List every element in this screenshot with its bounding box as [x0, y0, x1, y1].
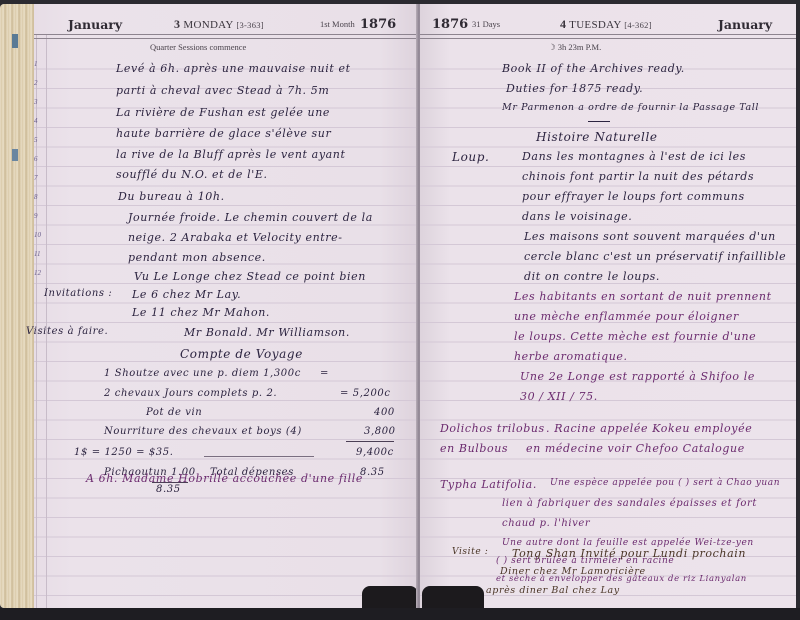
account-amount: 3,800 [364, 426, 396, 437]
day-number: 4 [560, 17, 566, 31]
dolichos-line: . Racine appelée Kokeu employée [546, 422, 752, 435]
day-of-year: [4-362] [624, 20, 652, 30]
entry-line: parti à cheval avec Stead à 7h. 5m [116, 84, 329, 97]
loup-line: pour effrayer le loups fort communs [522, 190, 745, 203]
entry-line: pendant mon absence. [128, 251, 266, 264]
entry-line: Mr Parmenon a ordre de fournir la Passag… [502, 102, 759, 113]
loup-line: 30 / XII / 75. [520, 390, 598, 403]
typha-line: chaud p. l'hiver [502, 518, 590, 529]
entry-line: Vu Le Longe chez Stead ce point bien [134, 270, 366, 283]
loup-line: herbe aromatique. [514, 350, 628, 363]
separator [588, 121, 610, 122]
sum-rule [346, 441, 394, 442]
moon-phase: ☽ 3h 23m P.M. [548, 42, 601, 53]
invitation-item: Le 6 chez Mr Lay. [132, 288, 241, 301]
page-tab [12, 149, 18, 161]
visits-label: Visites à faire. [26, 326, 108, 337]
header-rule [420, 34, 796, 39]
header-year: 1876 [432, 17, 468, 32]
ink-stain [422, 586, 484, 608]
visit-label: Visite : [452, 547, 488, 557]
header-rule [34, 34, 418, 39]
dolichos-line: en médecine voir Chefoo Catalogue [526, 442, 745, 455]
header-day: 4 TUESDAY [4-362] [560, 17, 652, 32]
section-title: Histoire Naturelle [536, 130, 658, 144]
visit-line: après diner Bal chez Lay [486, 585, 620, 596]
days-label: 31 Days [472, 19, 500, 29]
entry-line: haute barrière de glace s'élève sur [116, 127, 331, 140]
typha-line: Une espèce appelée pou ( ) sert à Chao y… [550, 478, 780, 488]
entry-line: Du bureau à 10h. [118, 190, 225, 203]
account-row: 1 Shoutze avec une p. diem 1,300c [104, 368, 301, 379]
day-name: MONDAY [183, 19, 233, 31]
line-numbers: 1 2 3 4 5 6 7 8 9 10 11 12 [34, 60, 44, 288]
account-amount: 9,400c [356, 447, 394, 458]
margin-line [46, 34, 47, 608]
loup-line: Les habitants en sortant de nuit prennen… [514, 290, 772, 303]
left-page: January 3 MONDAY [3-363] 1st Month 1876 … [34, 4, 418, 608]
loup-line: dit on contre le loups. [524, 270, 660, 283]
loup-line: le loups. Cette mèche est fournie d'une [514, 330, 756, 343]
account-amount: = 5,200c [340, 388, 391, 399]
total-value: 8.35 [360, 467, 385, 478]
loup-line: cercle blanc c'est un préservatif infail… [524, 250, 786, 263]
account-amount: = [320, 368, 329, 379]
page-header: January 3 MONDAY [3-363] 1st Month 1876 [34, 14, 418, 34]
loup-label: Loup. [452, 150, 489, 164]
typha-label: Typha Latifolia. [440, 478, 537, 491]
header-year: 1876 [360, 17, 396, 32]
header-day: 3 MONDAY [3-363] [174, 17, 264, 32]
day-name: TUESDAY [569, 19, 621, 31]
loup-line: chinois font partir la nuit des pétards [522, 170, 754, 183]
diary-spread: January 3 MONDAY [3-363] 1st Month 1876 … [0, 0, 800, 620]
subtotal: 8.35 [156, 484, 181, 495]
entry-line: soufflé du N.O. et de l'E. [116, 168, 268, 181]
visit-line: Tong Shan Invité pour Lundi prochain [512, 547, 746, 560]
entry-line: neige. 2 Arabaka et Velocity entre- [128, 231, 343, 244]
entry-line: La rivière de Fushan est gelée une [116, 106, 330, 119]
header-month: January [68, 17, 122, 32]
header-month: January [718, 17, 772, 32]
entry-line: Book II of the Archives ready. [502, 62, 685, 75]
loup-line: Les maisons sont souvent marquées d'un [524, 230, 776, 243]
loup-line: dans le voisinage. [522, 210, 632, 223]
dolichos-label2: en Bulbous [440, 442, 508, 455]
account-row: Pot de vin [146, 407, 202, 418]
loup-line: une mèche enflammée pour éloigner [514, 310, 739, 323]
day-number: 3 [174, 17, 180, 31]
entry-line: Duties for 1875 ready. [506, 82, 643, 95]
account-row: 1$ = 1250 = $35. [74, 447, 174, 458]
dolichos-label: Dolichos trilobus [440, 422, 545, 435]
invitations-label: Invitations : [44, 288, 112, 299]
subheading: Quarter Sessions commence [150, 42, 246, 52]
entry-line: Levé à 6h. après une mauvaise nuit et [116, 62, 351, 75]
page-edges [0, 4, 34, 608]
visits-text: Mr Bonald. Mr Williamson. [184, 326, 350, 339]
account-title: Compte de Voyage [180, 347, 303, 361]
book-cover-edge [0, 608, 800, 620]
account-amount: 400 [374, 407, 395, 418]
loup-line: Une 2e Longe est rapporté à Shifoo le [520, 370, 755, 383]
entry-line: Journée froide. Le chemin couvert de la [128, 211, 373, 224]
month-label: 1st Month [320, 19, 355, 29]
birth-note: A 6h. Madame Hobrille accouchée d'une fi… [86, 472, 363, 485]
account-row: 2 chevaux Jours complets p. 2. [104, 388, 277, 399]
day-of-year: [3-363] [236, 20, 264, 30]
account-row: Nourriture des chevaux et boys (4) [104, 426, 302, 437]
right-page: 1876 31 Days 4 TUESDAY [4-362] January ☽… [420, 4, 796, 608]
entry-line: la rive de la Bluff après le vent ayant [116, 148, 346, 161]
invitation-item: Le 11 chez Mr Mahon. [132, 306, 270, 319]
page-tab [12, 34, 18, 48]
typha-line: lien à fabriquer des sandales épaisses e… [502, 498, 757, 509]
loup-line: Dans les montagnes à l'est de ici les [522, 150, 746, 163]
page-header: 1876 31 Days 4 TUESDAY [4-362] January [420, 14, 796, 34]
visit-line: Diner chez Mr Lamoricière [500, 566, 646, 577]
ink-stain [362, 586, 418, 608]
dash-rule [204, 456, 314, 457]
